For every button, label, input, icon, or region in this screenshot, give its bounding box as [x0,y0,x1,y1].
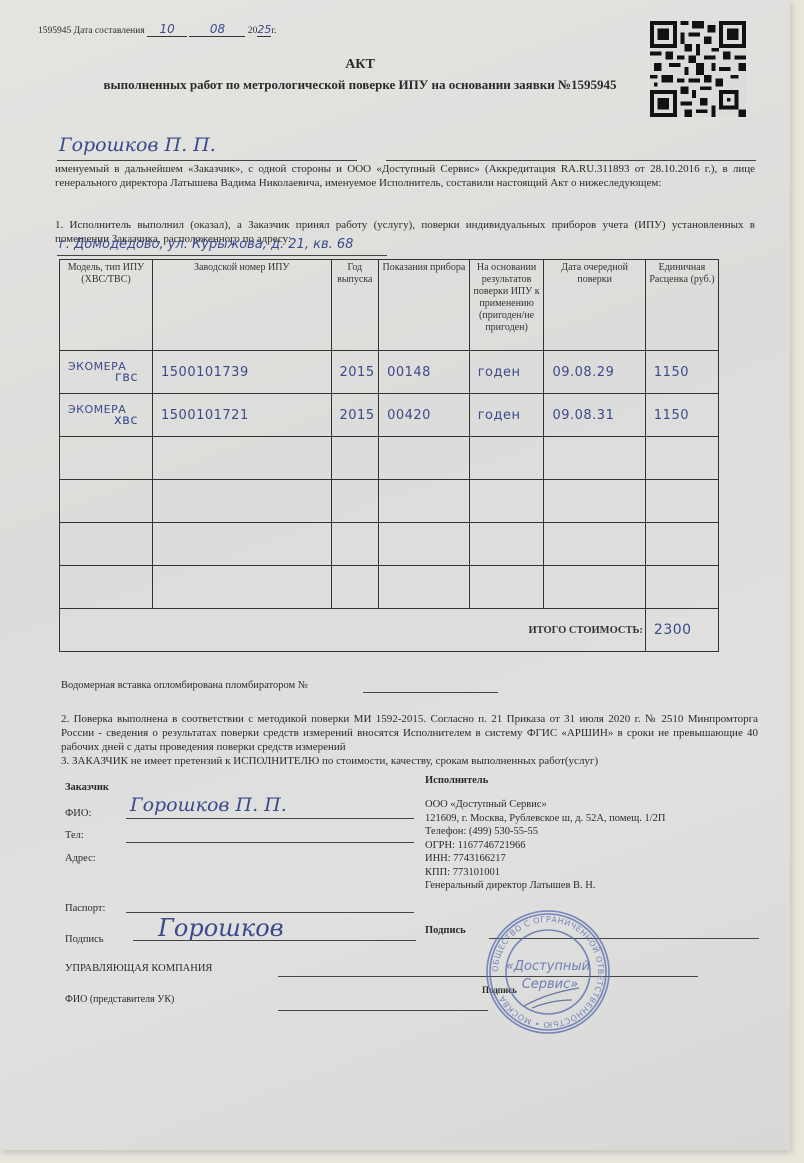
total-row: ИТОГО СТОИМОСТЬ: 2300 [60,609,719,652]
col-price: Единичная Расценка (руб.) [645,260,718,351]
date-label: Дата составления [74,26,145,36]
customer-fio-label: ФИО: [65,808,91,819]
col-year: Год выпуска [331,260,379,351]
reading-value [379,494,387,509]
cell-reading: 00420 [379,394,470,437]
stamp-center-line1: «Доступный [506,959,590,974]
document-title: АКТ [30,57,690,73]
reading-value: 00148 [379,365,431,380]
cell-reading [379,437,470,480]
result-value [470,494,478,509]
request-number: 1595945 [38,26,71,36]
cell-model [60,566,153,609]
cell-result: годен [469,394,544,437]
customer-passport-label: Паспорт: [65,903,105,914]
price-value: 1150 [646,365,689,380]
date-year-suffix: г. [271,26,276,36]
next-date-value [544,494,552,509]
total-label: ИТОГО СТОИМОСТЬ: [60,609,646,652]
reading-value [379,451,387,466]
customer-heading: Заказчик [65,782,109,793]
contractor-kpp: КПП: 773101001 [425,866,666,880]
year-value [332,537,340,552]
address-hand: г. Домодедово, ул. Курыжова, д. 21, кв. … [59,237,353,252]
contractor-address: 121609, г. Москва, Рублевское ш, д. 52А,… [425,812,666,826]
reading-value [379,580,387,595]
cell-next-date [544,523,645,566]
price-value [646,494,654,509]
serial-value [153,451,161,466]
model-value [60,539,68,552]
table-row: ЭКОМЕРАгвс1500101739201500148годен09.08.… [60,351,719,394]
seal-line-label: Водомерная вставка опломбирована пломбир… [61,680,308,691]
date-month: 08 [210,22,225,36]
customer-name-field: Горошков П. П. [57,140,357,161]
cell-price [645,523,718,566]
address-field: г. Домодедово, ул. Курыжова, д. 21, кв. … [57,239,387,256]
cell-model: ЭКОМЕРАхвс [60,394,153,437]
cell-price: 1150 [645,394,718,437]
table-row [60,523,719,566]
customer-fio-field [126,818,414,819]
cell-serial: 1500101721 [153,394,332,437]
date-year: 25 [257,23,271,36]
cell-next-date: 09.08.31 [544,394,645,437]
cell-year: 2015 [331,394,379,437]
serial-value: 1500101739 [153,365,249,380]
cell-next-date: 09.08.29 [544,351,645,394]
customer-signature-label: Подпись [65,934,104,945]
intro-paragraph: именуемый в дальнейшем «Заказчик», с одн… [55,162,755,190]
model-value [60,582,68,595]
cell-price [645,437,718,480]
customer-name-hand: Горошков П. П. [59,134,216,156]
customer-address-label: Адрес: [65,853,96,864]
contractor-company: ООО «Доступный Сервис» [425,798,666,812]
cell-reading [379,480,470,523]
table-row [60,437,719,480]
document-subtitle: выполненных работ по метрологической пов… [30,77,690,93]
model-value [60,496,68,509]
cell-price: 1150 [645,351,718,394]
result-value [470,451,478,466]
next-date-value: 09.08.31 [544,408,614,423]
cell-result [469,437,544,480]
col-next-date: Дата очередной поверки [544,260,645,351]
reading-value: 00420 [379,408,431,423]
cell-model [60,480,153,523]
serial-value [153,537,161,552]
cell-next-date [544,566,645,609]
cell-reading [379,523,470,566]
cell-result: годен [469,351,544,394]
management-rep-field [278,1010,488,1011]
col-reading: Показания прибора [379,260,470,351]
seal-number-field [363,692,498,693]
price-value [646,580,654,595]
reading-value [379,537,387,552]
customer-phone-label: Тел: [65,830,84,841]
cell-reading [379,566,470,609]
customer-passport-field [126,912,414,913]
table-row: ЭКОМЕРАхвс1500101721201500420годен09.08.… [60,394,719,437]
clause-3-paragraph: 3. ЗАКАЗЧИК не имеет претензий к ИСПОЛНИ… [61,754,758,768]
cell-result [469,523,544,566]
cell-reading: 00148 [379,351,470,394]
customer-signature-hand: Горошков [158,914,284,942]
serial-value [153,580,161,595]
cell-model: ЭКОМЕРАгвс [60,351,153,394]
cell-result [469,566,544,609]
next-date-value [544,580,552,595]
qr-code-icon [650,18,746,120]
col-result: На основании результатов поверки ИПУ к п… [469,260,544,351]
cell-year: 2015 [331,351,379,394]
management-rep-label: ФИО (представителя УК) [65,994,174,1005]
result-value [470,537,478,552]
contractor-director: Генеральный директор Латышев В. Н. [425,879,666,893]
table-row [60,566,719,609]
clause-2-paragraph: 2. Поверка выполнена в соответствии с ме… [61,712,758,754]
year-value: 2015 [332,365,375,380]
customer-phone-field [126,842,414,843]
cell-serial [153,480,332,523]
price-value [646,451,654,466]
cell-year [331,480,379,523]
cell-year [331,437,379,480]
contractor-phone: Телефон: (499) 530-55-55 [425,825,666,839]
model-value [60,453,68,466]
serial-value: 1500101721 [153,408,249,423]
management-heading: УПРАВЛЯЮЩАЯ КОМПАНИЯ [65,963,212,974]
cell-price [645,566,718,609]
next-date-value: 09.08.29 [544,365,614,380]
cell-year [331,523,379,566]
cell-model [60,523,153,566]
col-serial: Заводской номер ИПУ [153,260,332,351]
table-header-row: Модель, тип ИПУ (ХВС/ТВС) Заводской номе… [60,260,719,351]
col-model: Модель, тип ИПУ (ХВС/ТВС) [60,260,153,351]
price-value [646,537,654,552]
contractor-details: ООО «Доступный Сервис» 121609, г. Москва… [425,798,666,893]
next-date-value [544,451,552,466]
cell-next-date [544,437,645,480]
date-day: 10 [159,22,174,36]
customer-name-line-extension [386,140,756,161]
cell-serial [153,523,332,566]
year-value [332,451,340,466]
contractor-signature-label: Подпись [425,925,466,936]
contractor-ogrn: ОГРН: 1167746721966 [425,839,666,853]
cell-model [60,437,153,480]
contractor-inn: ИНН: 7743166217 [425,852,666,866]
year-value [332,580,340,595]
cell-result [469,480,544,523]
act-document-sheet: 1595945 Дата составления 10 08 2025г. АК… [0,0,790,1150]
result-value [470,580,478,595]
cell-next-date [544,480,645,523]
price-value: 1150 [646,408,689,423]
cell-serial [153,566,332,609]
contractor-heading: Исполнитель [425,775,488,786]
date-line: 1595945 Дата составления 10 08 2025г. [38,22,277,37]
year-value: 2015 [332,408,375,423]
cell-price [645,480,718,523]
cell-year [331,566,379,609]
date-year-prefix: 20 [248,26,258,36]
ipu-table: Модель, тип ИПУ (ХВС/ТВС) Заводской номе… [59,259,719,652]
total-value: 2300 [646,622,692,638]
company-stamp-icon: ОБЩЕСТВО С ОГРАНИЧЕННОЙ ОТВЕТСТВЕННОСТЬЮ… [484,908,612,1036]
next-date-value [544,537,552,552]
cell-serial [153,437,332,480]
result-value: годен [470,408,521,423]
serial-value [153,494,161,509]
table-row [60,480,719,523]
result-value: годен [470,365,521,380]
cell-serial: 1500101739 [153,351,332,394]
year-value [332,494,340,509]
customer-fio-hand: Горошков П. П. [130,794,287,816]
